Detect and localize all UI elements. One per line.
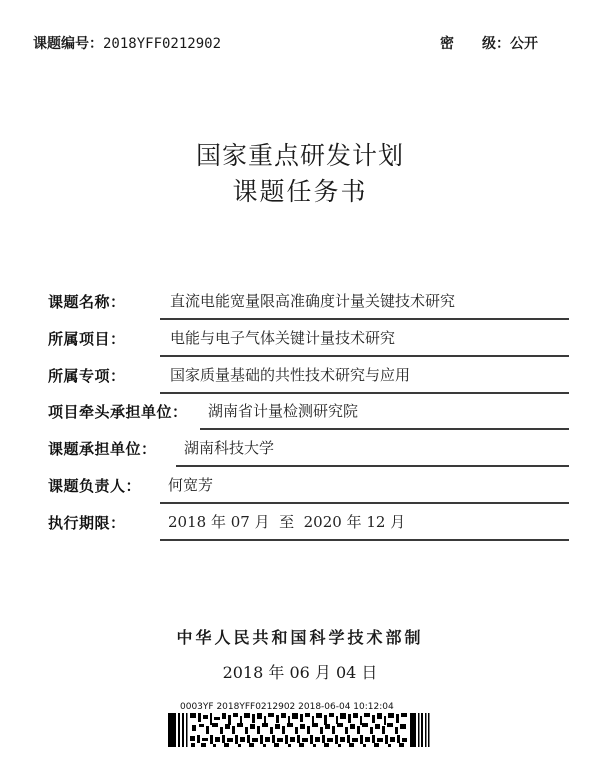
- document-subtitle: 课题任务书: [0, 172, 600, 208]
- underline: [160, 392, 569, 394]
- field-label-lead-unit: 项目牵头承担单位：: [48, 401, 188, 422]
- project-number-label: 课题编号：: [33, 36, 103, 52]
- underline: [176, 465, 569, 467]
- project-number-value: 2018YFF0212902: [103, 36, 221, 52]
- issuing-organization: 中华人民共和国科学技术部制: [0, 625, 600, 648]
- field-label-principal: 课题负责人：: [48, 475, 141, 496]
- issue-date: 2018 年 06 月 04 日: [0, 660, 600, 683]
- field-value-topic-name: 直流电能宽量限高准确度计量关键技术研究: [170, 290, 455, 311]
- secrecy-label: 密 级：: [440, 36, 510, 52]
- field-label-special-program: 所属专项：: [48, 365, 126, 386]
- underline: [160, 318, 569, 320]
- document-title: 国家重点研发计划: [0, 136, 600, 172]
- underline: [200, 428, 569, 430]
- field-label-topic-unit: 课题承担单位：: [48, 438, 157, 459]
- project-number: 课题编号：2018YFF0212902: [33, 33, 221, 53]
- field-value-lead-unit: 湖南省计量检测研究院: [208, 400, 358, 421]
- secrecy-value: 公开: [510, 36, 538, 52]
- field-value-special-program: 国家质量基础的共性技术研究与应用: [170, 364, 410, 385]
- field-value-period: 2018 年 07 月 至 2020 年 12 月: [168, 511, 405, 532]
- field-label-project: 所属项目：: [48, 328, 126, 349]
- field-label-topic-name: 课题名称：: [48, 291, 126, 312]
- field-value-principal: 何宽芳: [168, 474, 213, 495]
- underline: [160, 502, 569, 504]
- field-value-project: 电能与电子气体关键计量技术研究: [170, 327, 395, 348]
- pdf417-barcode-icon: [168, 713, 431, 747]
- underline: [160, 355, 569, 357]
- underline: [160, 539, 569, 541]
- field-label-period: 执行期限：: [48, 512, 126, 533]
- secrecy-level: 密 级：公开: [440, 33, 538, 53]
- barcode-caption: 0003YF 2018YFF0212902 2018-06-04 10:12:0…: [180, 702, 394, 712]
- field-value-topic-unit: 湖南科技大学: [184, 437, 274, 458]
